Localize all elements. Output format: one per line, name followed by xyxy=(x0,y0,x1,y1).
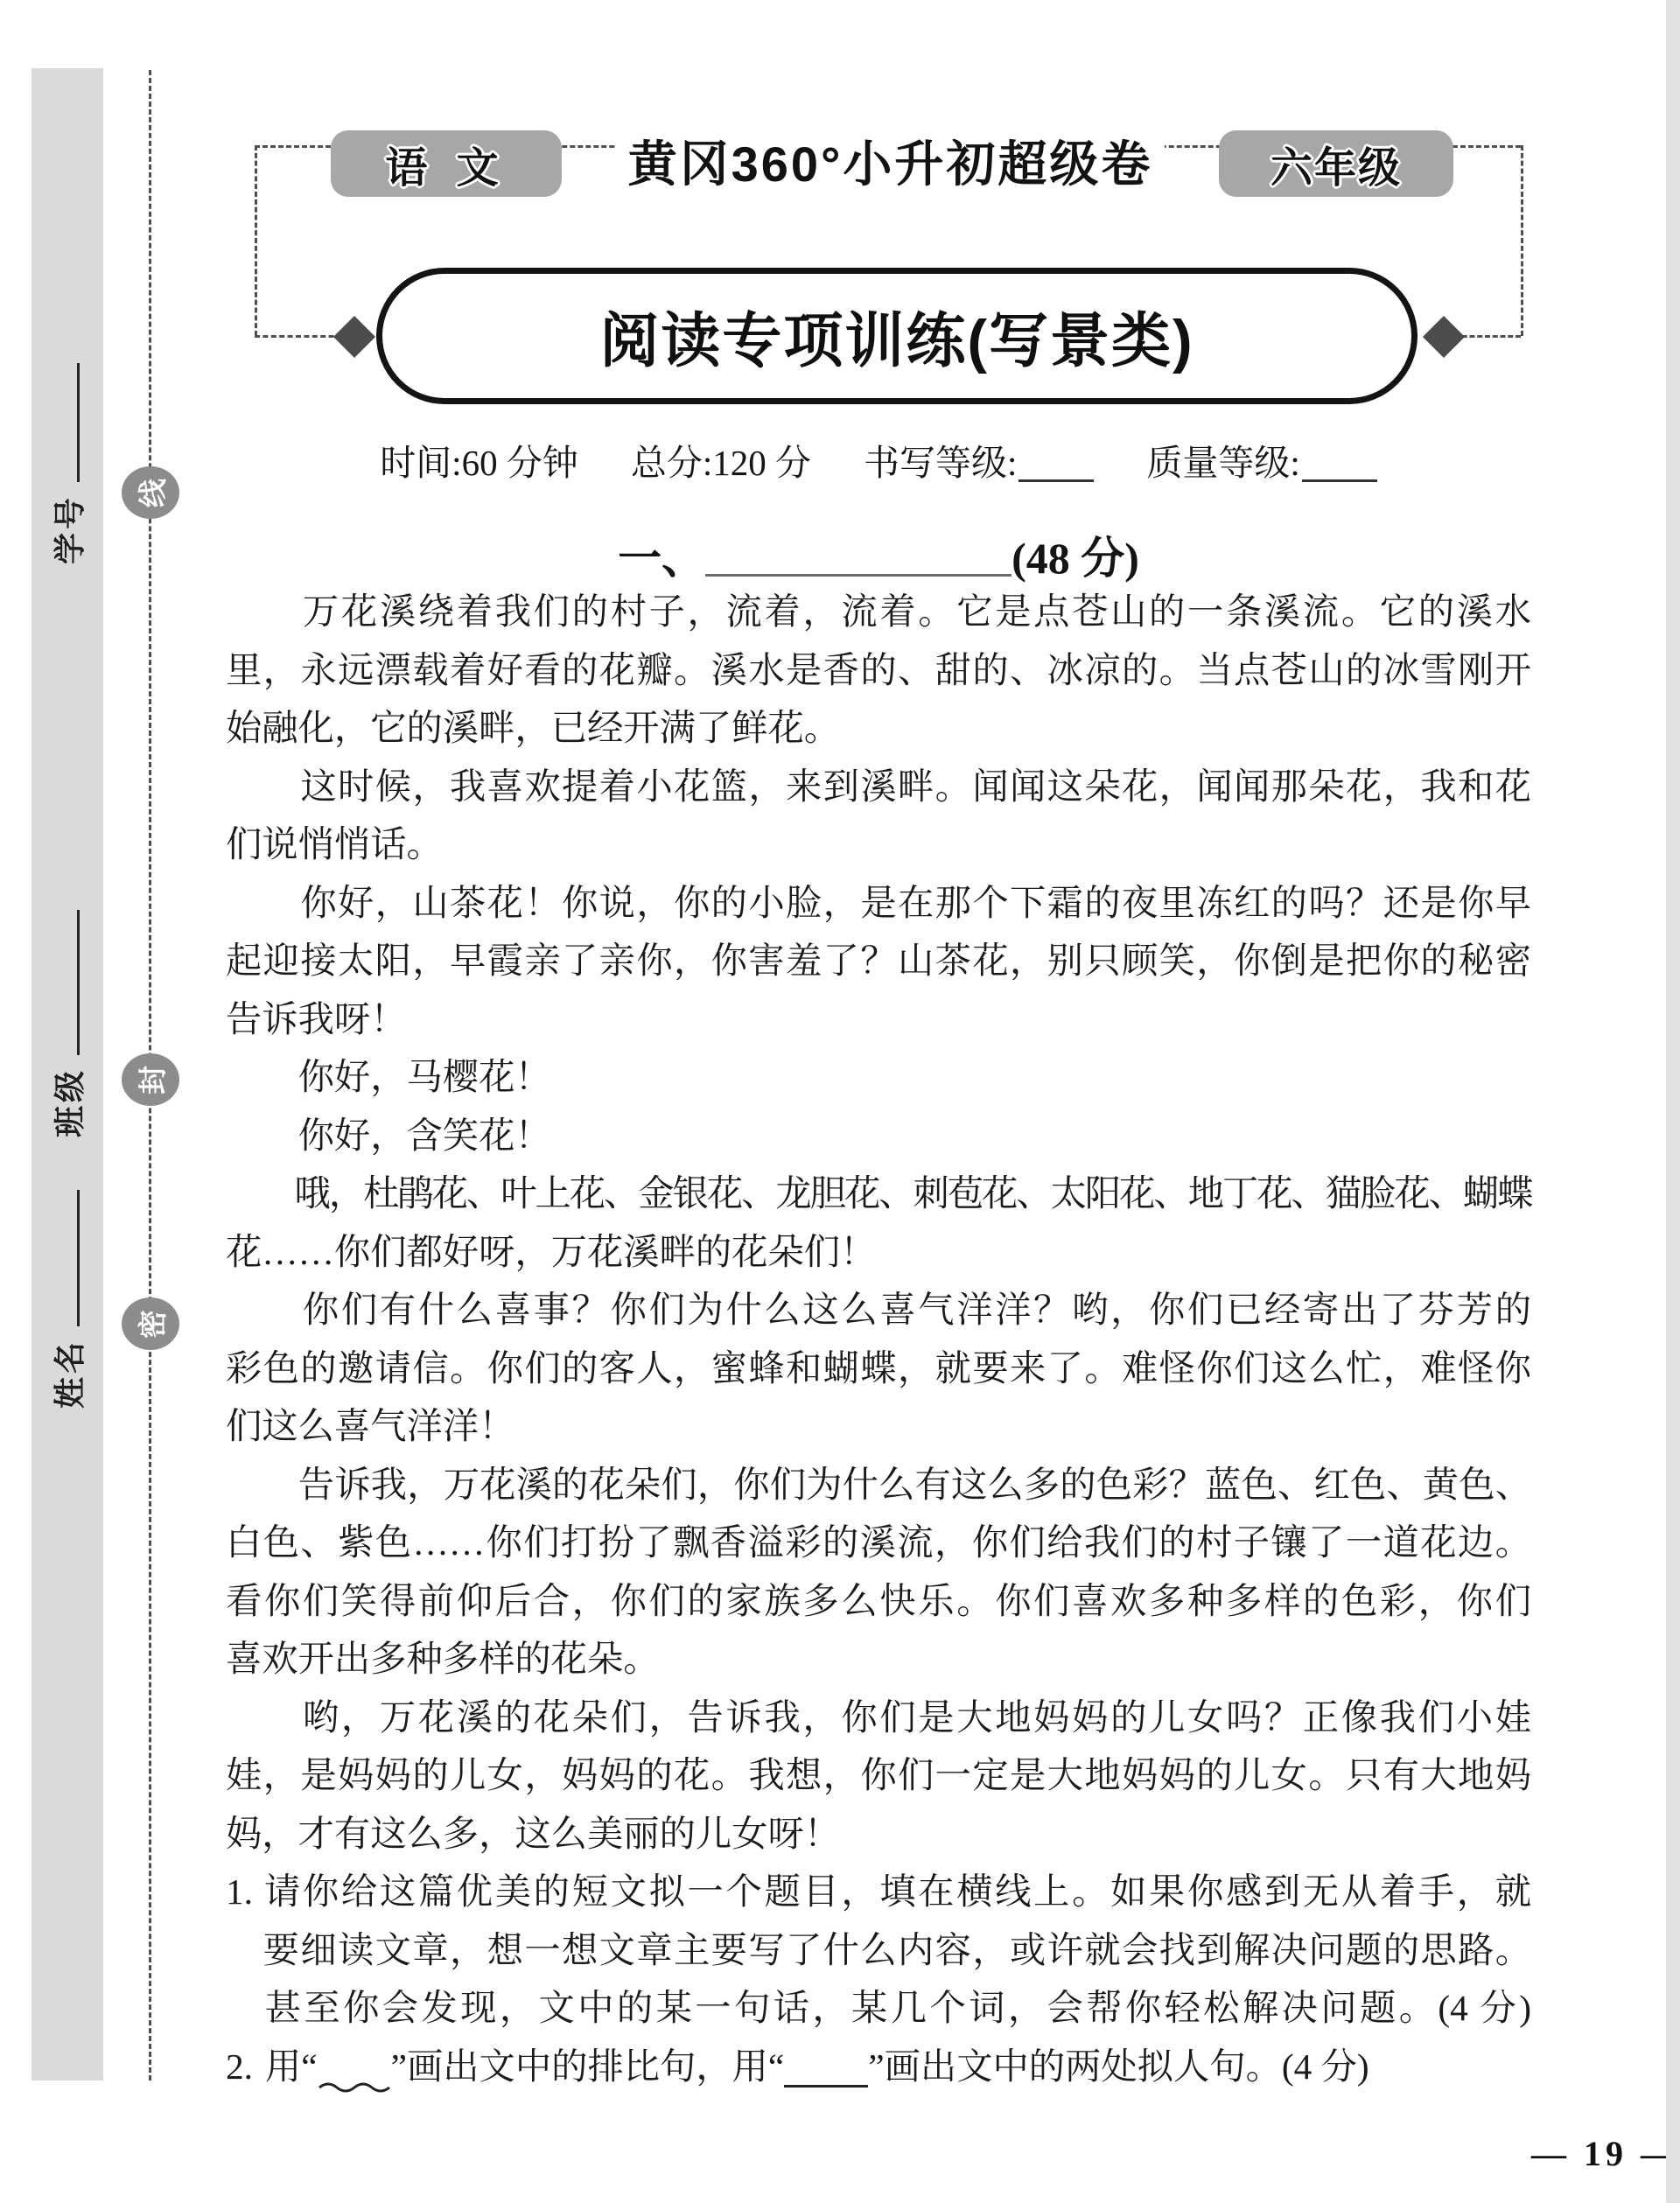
section-heading: 一、(48 分) xyxy=(226,523,1531,586)
section-title-blank xyxy=(705,541,1011,577)
student-number-field: 学号 xyxy=(39,363,95,564)
essay-line: 娃，是妈妈的儿女，妈妈的花。我想，你们一定是大地妈妈的儿女。只有大地妈 xyxy=(226,1746,1531,1805)
essay-line: 们说悄悄话。 xyxy=(226,815,1531,874)
diamond-icon-right xyxy=(1423,316,1465,358)
student-number-label: 学号 xyxy=(45,494,90,564)
exam-meta: 时间:60 分钟 总分:120 分 书写等级: 质量等级: xyxy=(226,434,1531,486)
essay-line: 万花溪绕着我们的村子，流着，流着。它是点苍山的一条溪流。它的溪水 xyxy=(226,583,1531,641)
header-frame-stub-left xyxy=(255,335,342,338)
seal-stamp-line-text: 线 xyxy=(130,479,171,507)
essay-line: 告诉我，万花溪的花朵们，你们为什么有这么多的色彩？蓝色、红色、黄色、 xyxy=(226,1456,1531,1514)
seal-stamp-seal: 封 xyxy=(122,1053,179,1106)
series-title: 黄冈360°小升初超级卷 xyxy=(616,131,1165,198)
exam-title-banner: 阅读专项训练(写景类) xyxy=(376,268,1417,404)
total-score-info: 总分:120 分 xyxy=(631,434,811,486)
question-2-text-2: ”画出文中的排比句，用“ xyxy=(391,2046,785,2087)
section-numeral: 一、 xyxy=(618,534,705,583)
question-1-line: 1. 请你给这篇优美的短文拟一个题目，填在横线上。如果你感到无从着手，就 xyxy=(226,1863,1531,1921)
class-label: 班级 xyxy=(45,1067,90,1137)
quality-grade-blank xyxy=(1302,450,1377,482)
quality-grade: 质量等级: xyxy=(1146,434,1376,486)
page-number: — 19 — xyxy=(1524,2133,1680,2174)
essay-line: 妈，才有这么多，这么美丽的儿女呀！ xyxy=(226,1805,1531,1864)
question-1-line: 要细读文章，想一想文章主要写了什么内容，或许就会找到解决问题的思路。 xyxy=(226,1921,1531,1980)
writing-grade-blank xyxy=(1018,450,1094,482)
question-2-text-3: ”画出文中的两处拟人句。(4 分) xyxy=(868,2046,1368,2087)
essay-lines: 万花溪绕着我们的村子，流着，流着。它是点苍山的一条溪流。它的溪水里，永远漂载着好… xyxy=(226,583,1531,1863)
wavy-line-icon xyxy=(318,2079,391,2093)
essay-line: 告诉我呀！ xyxy=(226,990,1531,1049)
underline-blank xyxy=(784,2055,868,2088)
essay-line: 你好，含笑花！ xyxy=(226,1107,1531,1165)
question-2: 2.用“”画出文中的排比句，用“”画出文中的两处拟人句。(4 分) xyxy=(226,2038,1531,2096)
essay-line: 彩色的邀请信。你们的客人，蜜蜂和蝴蝶，就要来了。难怪你们这么忙，难怪你 xyxy=(226,1339,1531,1398)
essay-line: 喜欢开出多种多样的花朵。 xyxy=(226,1630,1531,1689)
essay-line: 你好，马樱花！ xyxy=(226,1048,1531,1107)
diamond-icon-left xyxy=(333,316,375,358)
time-info: 时间:60 分钟 xyxy=(380,434,578,486)
class-field: 班级 xyxy=(39,910,95,1137)
subject-badge: 语 文 xyxy=(331,130,562,197)
wavy-line-blank xyxy=(318,2044,391,2079)
question-1-line: 甚至你会发现，文中的某一句话，某几个词，会帮你轻松解决问题。(4 分) xyxy=(226,1979,1531,2038)
series-title-wrap: 黄冈360°小升初超级卷 xyxy=(562,131,1219,198)
essay-line: 你好，山茶花！你说，你的小脸，是在那个下霜的夜里冻红的吗？还是你早 xyxy=(226,874,1531,933)
essay-body: 万花溪绕着我们的村子，流着，流着。它是点苍山的一条溪流。它的溪水里，永远漂载着好… xyxy=(226,583,1531,2095)
essay-line: 白色、紫色……你们打扮了飘香溢彩的溪流，你们给我们的村子镶了一道花边。 xyxy=(226,1514,1531,1572)
student-number-blank xyxy=(77,363,80,482)
essay-line: 始融化，它的溪畔，已经开满了鲜花。 xyxy=(226,699,1531,758)
quality-grade-label: 质量等级: xyxy=(1146,443,1299,483)
seal-stamp-secret-text: 密 xyxy=(130,1310,171,1339)
question-1: 1. 请你给这篇优美的短文拟一个题目，填在横线上。如果你感到无从着手，就 要细读… xyxy=(226,1863,1531,2038)
essay-line: 这时候，我喜欢提着小花篮，来到溪畔。闻闻这朵花，闻闻那朵花，我和花 xyxy=(226,758,1531,816)
essay-line: 里，永远漂载着好看的花瓣。溪水是香的、甜的、冰凉的。当点苍山的冰雪刚开 xyxy=(226,641,1531,700)
grade-badge: 六年级 xyxy=(1219,130,1453,197)
name-field: 姓名 xyxy=(39,1190,95,1409)
question-2-number: 2. xyxy=(226,2046,253,2087)
class-blank xyxy=(77,910,80,1055)
exam-page: 学号 班级 姓名 线 封 密 语 文 黄冈360°小升初超级卷 六年级 阅读专项… xyxy=(0,0,1680,2203)
section-score: (48 分) xyxy=(1011,534,1139,583)
essay-line: 哦，杜鹃花、叶上花、金银花、龙胆花、刺苞花、太阳花、地丁花、猫脸花、蝴蝶 xyxy=(226,1164,1531,1223)
question-2-text-1: 用“ xyxy=(265,2046,318,2087)
header-frame-left xyxy=(255,145,257,336)
seal-stamp-seal-text: 封 xyxy=(130,1066,171,1095)
essay-line: 起迎接太阳，早霞亲了亲你，你害羞了？山茶花，别只顾笑，你倒是把你的秘密 xyxy=(226,932,1531,990)
name-blank xyxy=(77,1190,80,1326)
essay-line: 你们有什么喜事？你们为什么这么喜气洋洋？哟，你们已经寄出了芬芳的 xyxy=(226,1281,1531,1339)
essay-line: 哟，万花溪的花朵们，告诉我，你们是大地妈妈的儿女吗？正像我们小娃 xyxy=(226,1689,1531,1747)
essay-line: 看你们笑得前仰后合，你们的家族多么快乐。你们喜欢多种多样的色彩，你们 xyxy=(226,1572,1531,1631)
header-frame-right xyxy=(1521,145,1523,336)
essay-line: 花……你们都好呀，万花溪畔的花朵们！ xyxy=(226,1223,1531,1282)
name-label: 姓名 xyxy=(45,1339,90,1409)
writing-grade: 书写等级: xyxy=(864,434,1094,486)
writing-grade-label: 书写等级: xyxy=(864,443,1017,483)
seal-stamp-secret: 密 xyxy=(122,1297,179,1350)
scan-edge-band xyxy=(1666,0,1680,2203)
essay-line: 们这么喜气洋洋！ xyxy=(226,1397,1531,1456)
seal-stamp-line: 线 xyxy=(122,466,179,519)
